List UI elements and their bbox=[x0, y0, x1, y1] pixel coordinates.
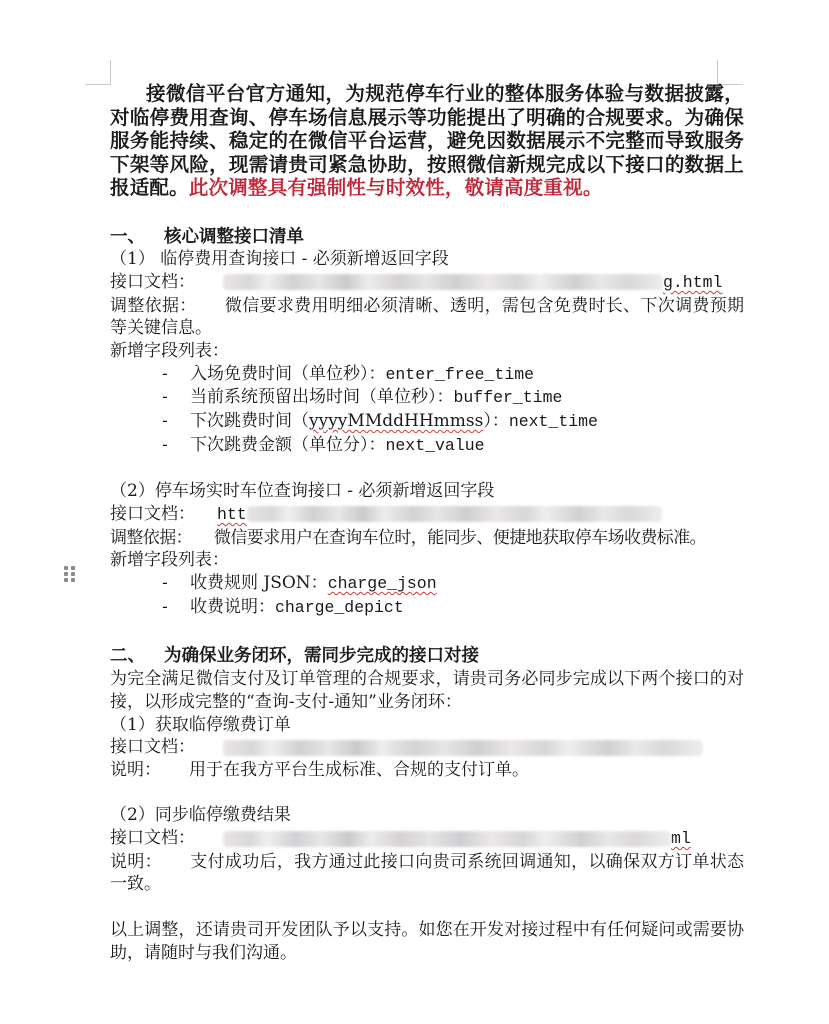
field-item: -下次跳费时间（yyyyMMddHHmmss）：next_time bbox=[110, 410, 744, 434]
section-2-title: 为确保业务闭环，需同步完成的接口对接 bbox=[164, 646, 479, 666]
doc-url-suffix[interactable]: ml bbox=[671, 829, 691, 848]
closing-paragraph: 以上调整，还请贵司开发团队予以支持。如您在开发对接过程中有任何疑问或需要协助，请… bbox=[110, 919, 744, 964]
item-1-1-basis: 调整依据：微信要求费用明细必须清晰、透明，需包含免费时长、下次调费预期等关键信息… bbox=[110, 295, 744, 340]
item-1-1-doc-line: 接口文档：g.html bbox=[110, 271, 744, 295]
field-item: -下次跳费金额（单位分）：next_value bbox=[110, 434, 744, 458]
redacted-url bbox=[247, 506, 662, 522]
bullet-dash: - bbox=[162, 410, 190, 433]
basis-label: 调整依据： bbox=[110, 528, 192, 548]
drag-dot bbox=[71, 578, 75, 582]
blank-line bbox=[110, 458, 744, 481]
section-2-heading: 二、为确保业务闭环，需同步完成的接口对接 bbox=[110, 645, 744, 668]
item-1-2-basis: 调整依据：微信要求用户在查询车位时，能同步、便捷地获取停车场收费标准。 bbox=[110, 527, 744, 550]
basis-text: 微信要求用户在查询车位时，能同步、便捷地获取停车场收费标准。 bbox=[214, 528, 706, 548]
item-2-2-heading: （2）同步临停缴费结果 bbox=[110, 804, 744, 827]
blank-line bbox=[110, 200, 744, 226]
field-desc: 入场免费时间（单位秒）： bbox=[190, 364, 386, 384]
item-2-2-note: 说明：支付成功后，我方通过此接口向贵司系统回调通知，以确保双方订单状态一致。 bbox=[110, 851, 744, 896]
item-2-2-doc-line: 接口文档：ml bbox=[110, 827, 744, 851]
item-1-2-fields-label: 新增字段列表： bbox=[110, 549, 744, 572]
item-2-1-doc-line: 接口文档： bbox=[110, 736, 744, 759]
section-1-number: 一、 bbox=[110, 226, 164, 249]
item-1-1-heading: （1） 临停费用查询接口 - 必须新增返回字段 bbox=[110, 248, 744, 271]
document-page[interactable]: 接微信平台官方通知，为规范停车行业的整体服务体验与数据披露，对临停费用查询、停车… bbox=[110, 82, 744, 964]
drag-dot bbox=[64, 572, 68, 576]
section-1-title: 核心调整接口清单 bbox=[164, 227, 304, 247]
field-name: charge_json bbox=[328, 574, 437, 593]
drag-dot bbox=[71, 566, 75, 570]
note-text: 支付成功后，我方通过此接口向贵司系统回调通知，以确保双方订单状态一致。 bbox=[110, 852, 744, 895]
bullet-dash: - bbox=[162, 596, 190, 619]
field-name: buffer_time bbox=[454, 388, 563, 407]
field-name: charge_depict bbox=[275, 598, 404, 617]
field-item: -入场免费时间（单位秒）：enter_free_time bbox=[110, 363, 744, 387]
section-1-heading: 一、核心调整接口清单 bbox=[110, 226, 744, 249]
item-1-2-doc-line: 接口文档：htt bbox=[110, 503, 744, 527]
field-name: next_value bbox=[386, 436, 485, 455]
field-item: -收费说明：charge_depict bbox=[110, 596, 744, 620]
doc-url-prefix[interactable]: htt bbox=[217, 505, 247, 524]
field-item: -收费规则 JSON：charge_json bbox=[110, 572, 744, 596]
blank-line bbox=[110, 896, 744, 919]
doc-label: 接口文档： bbox=[110, 503, 195, 526]
doc-label: 接口文档： bbox=[110, 736, 195, 759]
intro-emphasis-text: 此次调整具有强制性与时效性，敬请高度重视。 bbox=[189, 176, 603, 199]
field-desc: 下次跳费金额（单位分）： bbox=[190, 435, 386, 455]
section-2-number: 二、 bbox=[110, 645, 164, 668]
field-desc: ）： bbox=[483, 411, 509, 431]
item-1-2-heading: （2）停车场实时车位查询接口 - 必须新增返回字段 bbox=[110, 480, 744, 503]
intro-paragraph: 接微信平台官方通知，为规范停车行业的整体服务体验与数据披露，对临停费用查询、停车… bbox=[110, 82, 744, 200]
basis-label: 调整依据： bbox=[110, 296, 197, 316]
drag-dot bbox=[64, 566, 68, 570]
doc-label: 接口文档： bbox=[110, 827, 195, 850]
bullet-dash: - bbox=[162, 572, 190, 595]
redacted-url bbox=[223, 831, 671, 847]
note-text: 用于在我方平台生成标准、合规的支付订单。 bbox=[189, 760, 529, 780]
item-1-1-fields-label: 新增字段列表： bbox=[110, 340, 744, 363]
bullet-dash: - bbox=[162, 434, 190, 457]
field-name: enter_free_time bbox=[386, 365, 535, 384]
drag-dot bbox=[71, 572, 75, 576]
note-label: 说明： bbox=[110, 760, 161, 780]
field-name: next_time bbox=[509, 412, 598, 431]
field-desc: 下次跳费时间（ bbox=[190, 411, 309, 431]
item-2-1-heading: （1）获取临停缴费订单 bbox=[110, 714, 744, 737]
item-2-1-note: 说明：用于在我方平台生成标准、合规的支付订单。 bbox=[110, 759, 744, 782]
field-desc: 收费说明： bbox=[190, 597, 275, 617]
note-label: 说明： bbox=[110, 852, 162, 872]
section-2-intro: 为完全满足微信支付及订单管理的合规要求，请贵司务必同步完成以下两个接口的对接，以… bbox=[110, 668, 744, 713]
redacted-url bbox=[223, 740, 703, 756]
drag-handle-icon[interactable] bbox=[64, 566, 75, 582]
drag-dot bbox=[64, 578, 68, 582]
page-corner-mark-top-left bbox=[85, 60, 111, 85]
blank-line bbox=[110, 782, 744, 805]
field-format: yyyyMMddHHmmss bbox=[309, 411, 483, 431]
basis-text: 微信要求费用明细必须清晰、透明，需包含免费时长、下次调费预期等关键信息。 bbox=[110, 296, 744, 339]
bullet-dash: - bbox=[162, 363, 190, 386]
redacted-url bbox=[223, 274, 663, 290]
field-desc: 收费规则 JSON： bbox=[190, 573, 328, 593]
field-item: -当前系统预留出场时间（单位秒）：buffer_time bbox=[110, 386, 744, 410]
field-desc: 当前系统预留出场时间（单位秒）： bbox=[190, 387, 454, 407]
doc-url-suffix[interactable]: g.html bbox=[663, 273, 722, 292]
doc-label: 接口文档： bbox=[110, 271, 195, 294]
bullet-dash: - bbox=[162, 386, 190, 409]
blank-line bbox=[110, 619, 744, 645]
